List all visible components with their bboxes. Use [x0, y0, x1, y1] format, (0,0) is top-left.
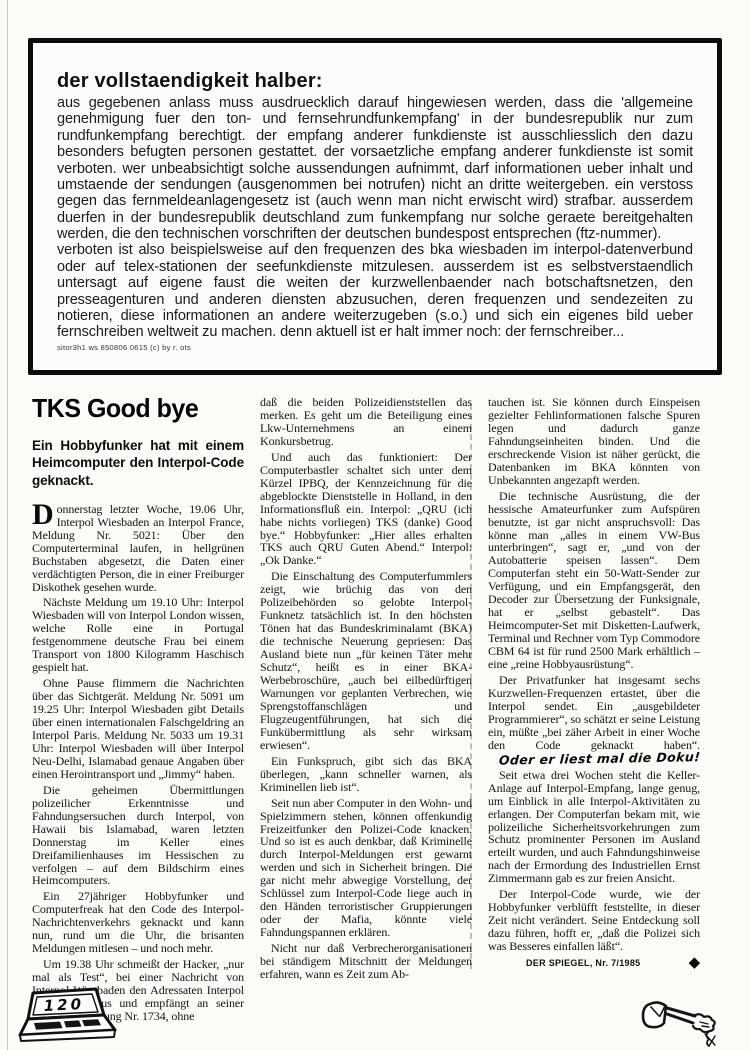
paragraph: Die technische Ausrüstung, die der hessi… — [488, 490, 700, 671]
source-credit-row: DER SPIEGEL, Nr. 7/1985 ◆ — [488, 956, 700, 971]
page-number-computer-icon: 120 — [16, 986, 128, 1044]
paragraph: daß die beiden Polizeidienststellen das … — [260, 396, 472, 448]
article: TKS Good bye Ein Hobbyfunker hat mit ein… — [32, 396, 722, 1026]
paragraph: Seit nun aber Computer in den Wohn- und … — [260, 797, 472, 939]
scanned-page: der vollstaendigkeit halber: aus gegeben… — [0, 0, 750, 1050]
handwritten-note: Oder er liest mal die Doku! — [487, 750, 700, 767]
notice-fine-print: sitor3h1 ws 850806 0615 (c) by r. ots — [57, 343, 693, 352]
legal-notice-box: der vollstaendigkeit halber: aus gegeben… — [28, 38, 722, 375]
paragraph: tauchen ist. Sie können durch Einspeisen… — [488, 396, 700, 487]
paragraph: Donnerstag letzter Woche, 19.06 Uhr, Int… — [32, 503, 244, 594]
paragraph: Ohne Pause flimmern die Nachrichten über… — [32, 677, 244, 781]
source-credit: DER SPIEGEL, Nr. 7/1985 — [526, 959, 640, 969]
paragraph: Nicht nur daß Verbrecherorganisationen b… — [260, 942, 472, 981]
paragraph: Und auch das funktioniert: Der Computerb… — [260, 451, 472, 568]
paragraph: Der Interpol-Code wurde, wie der Hobbyfu… — [488, 888, 700, 953]
paragraph: Nächste Meldung um 19.10 Uhr: Interpol W… — [32, 596, 244, 674]
hand-doodle-icon — [638, 992, 734, 1050]
paragraph: Die geheimen Übermittlungen polizeiliche… — [32, 784, 244, 888]
notice-paragraph-2: verboten ist also beispielsweise auf den… — [57, 242, 693, 340]
end-diamond-icon: ◆ — [689, 956, 700, 971]
article-headline: TKS Good bye — [32, 396, 244, 422]
paragraph: Ein Funkspruch, gibt sich das BKA überle… — [260, 755, 472, 794]
scan-edge-line — [7, 0, 8, 1050]
article-column-3: tauchen ist. Sie können durch Einspeisen… — [488, 396, 700, 1026]
paragraph-text: onnerstag letzter Woche, 19.06 Uhr, Inte… — [32, 502, 244, 594]
paragraph: Die Einschaltung des Computerfummlers ze… — [260, 570, 472, 751]
page-number: 120 — [43, 995, 84, 1015]
article-column-2: daß die beiden Polizeidienststellen das … — [260, 396, 472, 1026]
paragraph: Ein 27jähriger Hobbyfunker und Computerf… — [32, 890, 244, 955]
article-column-1: TKS Good bye Ein Hobbyfunker hat mit ein… — [32, 396, 244, 1026]
notice-paragraph-1: aus gegebenen anlass muss ausdruecklich … — [57, 95, 693, 242]
article-standfirst: Ein Hobbyfunker hat mit einem Heimcomput… — [32, 437, 244, 489]
drop-cap: D — [32, 503, 57, 527]
paragraph: Seit etwa drei Wochen steht die Keller-A… — [488, 769, 700, 886]
paragraph-text: Der Privatfunker hat insgesamt sechs Kur… — [488, 673, 700, 752]
notice-title: der vollstaendigkeit halber: — [57, 71, 693, 92]
paragraph: Der Privatfunker hat insgesamt sechs Kur… — [488, 674, 700, 766]
